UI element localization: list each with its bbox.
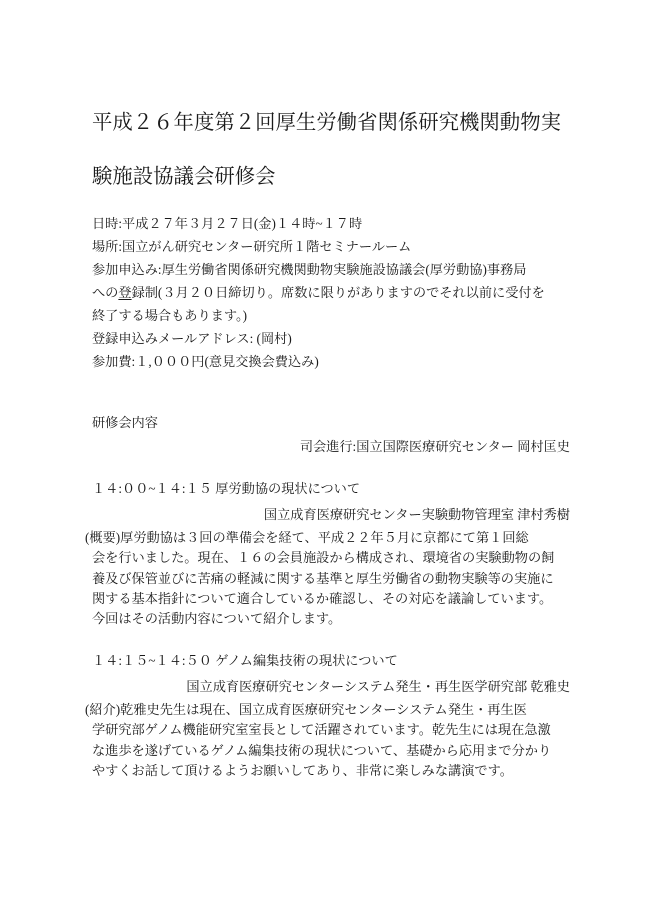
agenda-section: 研修会内容 司会進行:国立国際医療研究センター 岡村匡史 xyxy=(92,411,570,459)
event-place: 場所:国立がん研究センター研究所１階セミナールーム xyxy=(92,235,570,258)
event-fee: 参加費:１,０００円(意見交換会費込み) xyxy=(92,350,570,373)
document-title-line2: 験施設協議会研修会 xyxy=(92,150,570,204)
event-application-line1: 参加申込み:厚生労働省関係研究機関動物実験施設協議会(厚労動協)事務局 xyxy=(92,258,570,281)
event-datetime: 日時:平成２７年３月２７日(金)１４時~１７時 xyxy=(92,212,570,235)
session-2: １４:１５~１４:５０ ゲノム編集技術の現状について 国立成育医療研究センターシ… xyxy=(92,648,570,781)
session-1-speaker: 国立成育医療研究センター実験動物管理室 津村秀樹 xyxy=(92,502,570,528)
agenda-heading: 研修会内容 xyxy=(92,411,570,435)
event-application-line3: 終了する場合もあります。) xyxy=(92,304,570,327)
document-title-line1: 平成２６年度第２回厚生労働省関係研究機関動物実 xyxy=(92,96,570,150)
session-2-time-title: １４:１５~１４:５０ ゲノム編集技術の現状について xyxy=(92,648,570,674)
document-page: 平成２６年度第２回厚生労働省関係研究機関動物実 験施設協議会研修会 日時:平成２… xyxy=(0,0,650,920)
event-info: 日時:平成２７年３月２７日(金)１４時~１７時 場所:国立がん研究センター研究所… xyxy=(92,212,570,373)
application-rest-text: 録制(３月２０日締切り。席数に限りがありますのでそれ以前に受付を xyxy=(132,285,545,300)
session-1-abstract: (概要)厚労動協は３回の準備会を経て、平成２２年５月に京都にて第１回総 会を行い… xyxy=(92,528,570,629)
session-1: １４:００~１４:１５ 厚労動協の現状について 国立成育医療研究センター実験動物… xyxy=(92,476,570,629)
agenda-moderator: 司会進行:国立国際医療研究センター 岡村匡史 xyxy=(92,435,570,459)
event-registration-email: 登録申込みメールアドレス: (岡村) xyxy=(92,327,570,350)
session-1-time-title: １４:００~１４:１５ 厚労動協の現状について xyxy=(92,476,570,502)
document-title: 平成２６年度第２回厚生労働省関係研究機関動物実 験施設協議会研修会 xyxy=(92,96,570,204)
session-2-speaker: 国立成育医療研究センターシステム発生・再生医学研究部 乾雅史 xyxy=(92,674,570,700)
application-underlined-text: 登 xyxy=(118,285,131,300)
session-2-abstract: (紹介)乾雅史先生は現在、国立成育医療研究センターシステム発生・再生医 学研究部… xyxy=(92,700,570,781)
application-prefix-text: への xyxy=(92,285,118,300)
event-application-line2: への登録制(３月２０日締切り。席数に限りがありますのでそれ以前に受付を xyxy=(92,281,570,304)
